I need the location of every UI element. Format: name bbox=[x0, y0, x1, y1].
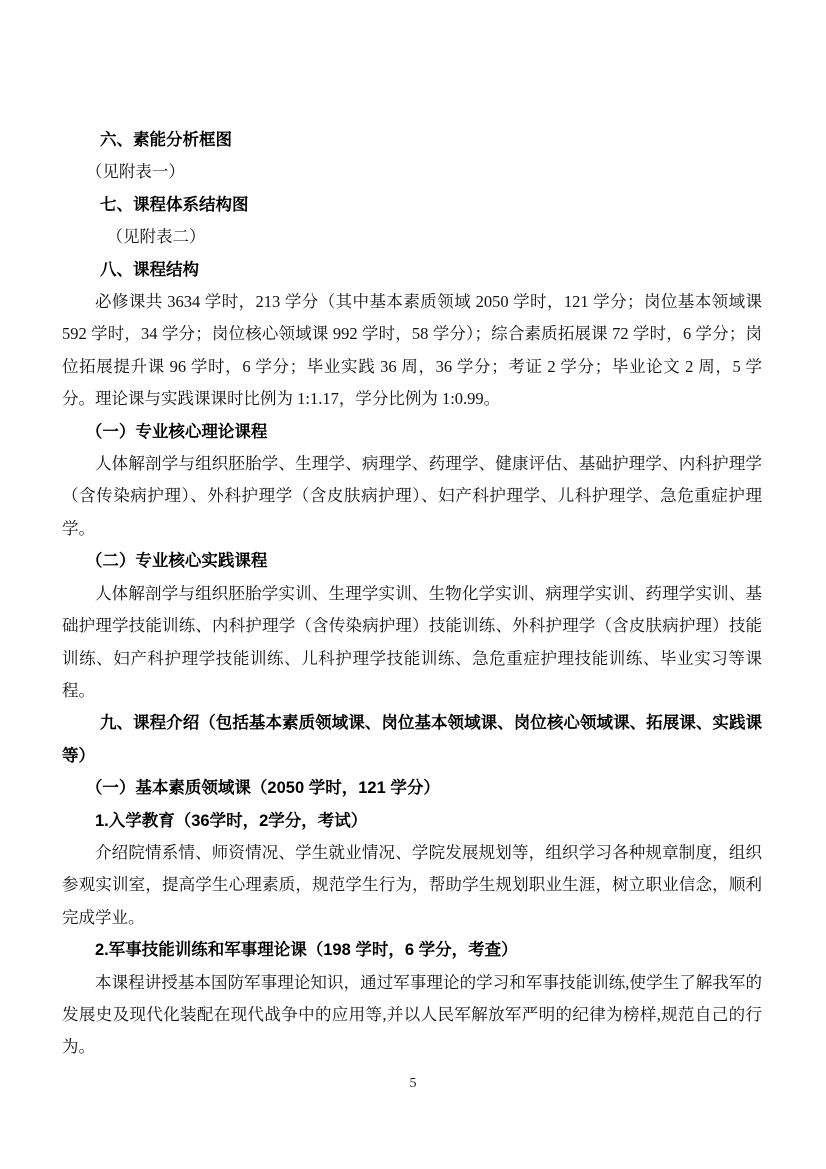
section-heading-8: 八、课程结构 bbox=[62, 254, 762, 286]
course-heading-orientation: 1.入学教育（36学时，2学分，考试） bbox=[62, 805, 762, 837]
see-attachment-1-note: （见附表一） bbox=[62, 156, 762, 188]
page-number: 5 bbox=[0, 1076, 826, 1092]
subsection-heading-core-practice: （二）专业核心实践课程 bbox=[62, 545, 762, 577]
course-heading-military: 2.军事技能训练和军事理论课（198 学时，6 学分，考查） bbox=[62, 934, 762, 966]
course-structure-paragraph: 必修课共 3634 学时，213 学分（其中基本素质领域 2050 学时，121… bbox=[62, 286, 762, 416]
see-attachment-2-note: （见附表二） bbox=[62, 221, 762, 253]
section-heading-7: 七、课程体系结构图 bbox=[62, 189, 762, 221]
subsection-heading-basic-quality: （一）基本素质领域课（2050 学时，121 学分） bbox=[62, 772, 762, 804]
subsection-heading-core-theory: （一）专业核心理论课程 bbox=[62, 416, 762, 448]
core-practice-courses-paragraph: 人体解剖学与组织胚胎学实训、生理学实训、生物化学实训、病理学实训、药理学实训、基… bbox=[62, 578, 762, 708]
section-heading-6: 六、素能分析框图 bbox=[62, 124, 762, 156]
military-course-paragraph: 本课程讲授基本国防军事理论知识，通过军事理论的学习和军事技能训练,使学生了解我军… bbox=[62, 967, 762, 1064]
core-theory-courses-paragraph: 人体解剖学与组织胚胎学、生理学、病理学、药理学、健康评估、基础护理学、内科护理学… bbox=[62, 448, 762, 545]
document-page: 六、素能分析框图 （见附表一） 七、课程体系结构图 （见附表二） 八、课程结构 … bbox=[0, 0, 826, 1169]
section-heading-9: 九、课程介绍（包括基本素质领域课、岗位基本领域课、岗位核心领域课、拓展课、实践课… bbox=[62, 707, 762, 772]
orientation-course-paragraph: 介绍院情系情、师资情况、学生就业情况、学院发展规划等，组织学习各种规章制度，组织… bbox=[62, 837, 762, 934]
document-body: 六、素能分析框图 （见附表一） 七、课程体系结构图 （见附表二） 八、课程结构 … bbox=[62, 124, 762, 1064]
